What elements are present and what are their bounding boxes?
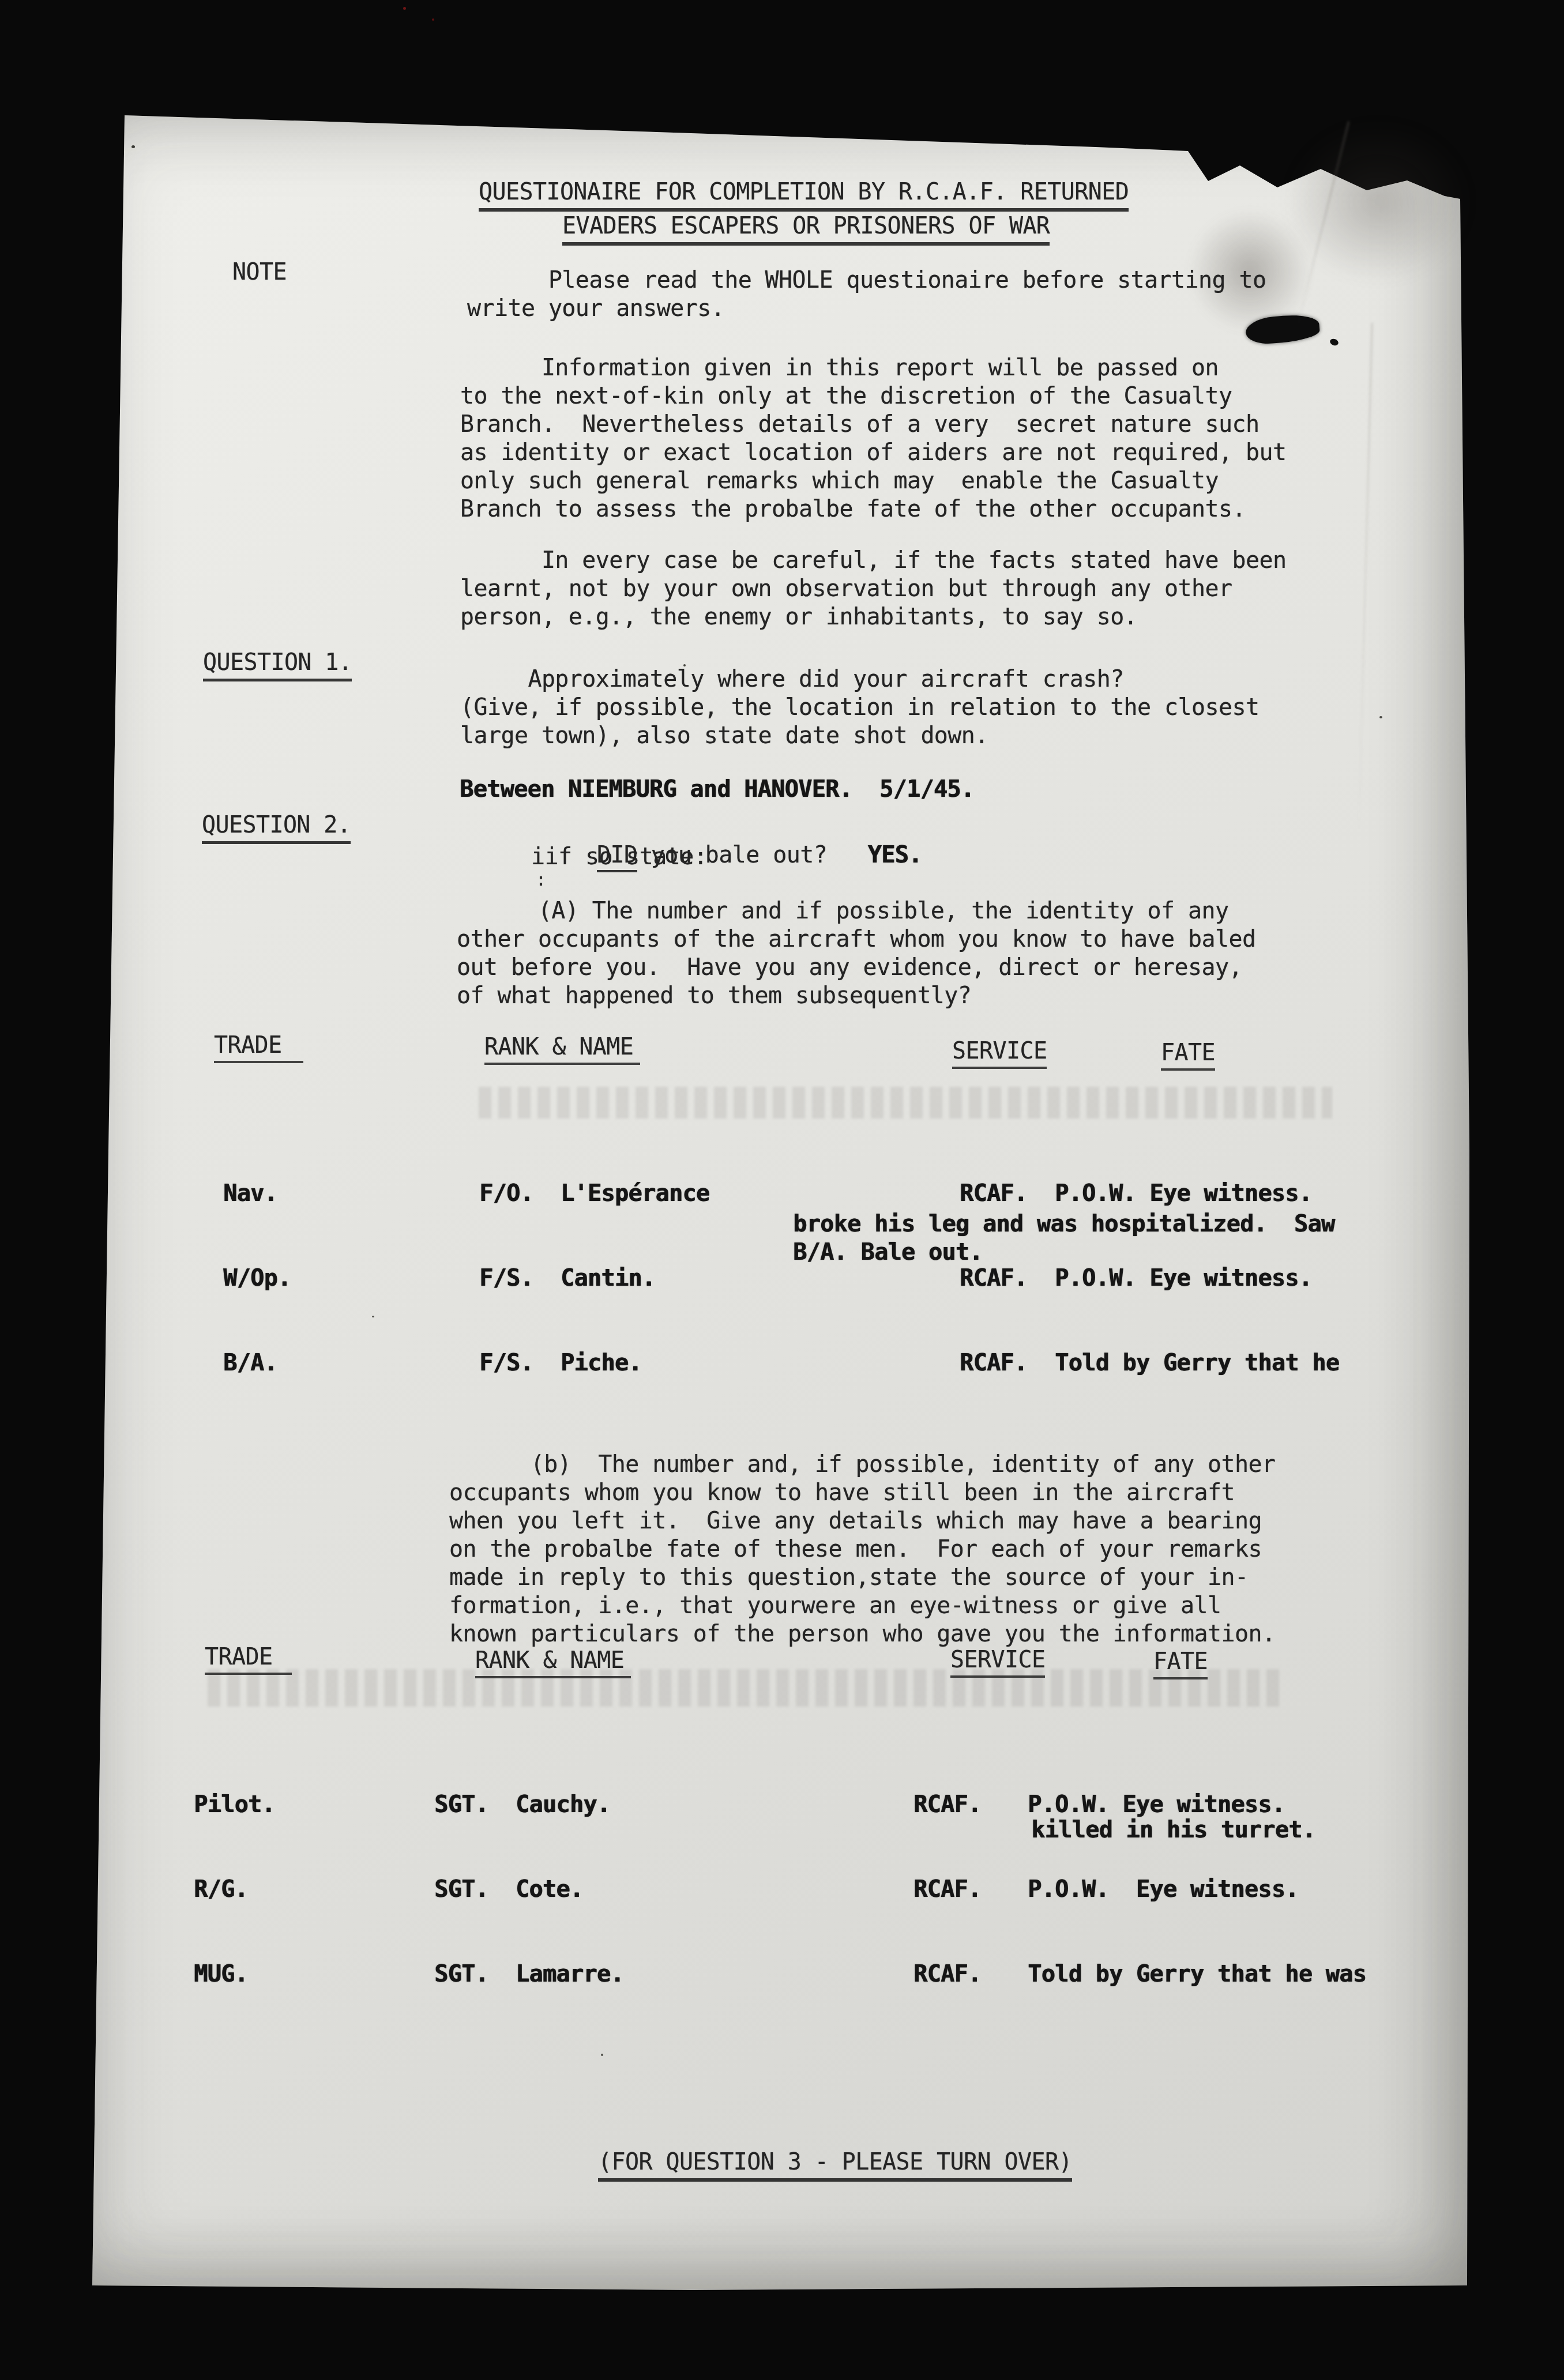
table-b-header-rank-name: RANK & NAME: [475, 1647, 631, 1678]
table-a-header-service: SERVICE: [952, 1037, 1047, 1069]
table-row: RCAF.: [960, 1180, 1027, 1208]
table-row: RCAF.: [960, 1349, 1027, 1377]
table-row: Told by Gerry that he was: [1028, 1960, 1366, 1989]
paper-speck: [131, 145, 135, 148]
paper-speck: [1379, 716, 1382, 718]
question-2-if-so: iif so state:: [531, 843, 707, 871]
table-b-column-rank-name: SGT. Cauchy. SGT. Cote. SGT. Lamarre.: [434, 1734, 624, 2045]
table-a-column-service: RCAF. RCAF. RCAF.: [960, 1123, 1027, 1434]
table-row: P.O.W. Eye witness.: [1055, 1264, 1339, 1293]
table-row: Told by Gerry that he: [1055, 1349, 1339, 1377]
note-label: NOTE: [232, 258, 287, 287]
stray-typed-mark: :: [536, 866, 546, 894]
table-row: RCAF.: [913, 1876, 981, 1904]
document-title-line-1: QUESTIONAIRE FOR COMPLETION BY R.C.A.F. …: [479, 178, 1129, 212]
table-a-fate-overflow: broke his leg and was hospitalized. Saw …: [793, 1210, 1334, 1267]
table-row: SGT. Cauchy.: [434, 1791, 624, 1819]
table-row: W/Op.: [223, 1264, 291, 1293]
table-a-column-fate: P.O.W. Eye witness. P.O.W. Eye witness. …: [1055, 1123, 1339, 1434]
table-a-column-rank-name: F/O. L'Espérance F/S. Cantin. F/S. Piche…: [479, 1123, 709, 1434]
table-a-column-trade: Nav. W/Op. B/A.: [223, 1123, 291, 1434]
table-row: F/O. L'Espérance: [479, 1180, 709, 1208]
table-b-fate-overflow: killed in his turret.: [1031, 1816, 1315, 1844]
table-row: P.O.W. Eye witness.: [1028, 1876, 1366, 1904]
bleedthrough-smear-1: [479, 1087, 1332, 1119]
question-1-label: QUESTION 1.: [203, 649, 352, 681]
paper-speck: [601, 2054, 603, 2056]
table-b-column-service: RCAF. RCAF. RCAF.: [913, 1734, 981, 2045]
question-1-text: Approximately where did your aircraft cr…: [460, 665, 1259, 750]
table-a-header-rank-name: RANK & NAME: [484, 1033, 640, 1065]
table-row: P.O.W. Eye witness.: [1028, 1791, 1366, 1819]
table-row: Pilot.: [194, 1791, 275, 1819]
question-1-answer: Between NIEMBURG and HANOVER. 5/1/45.: [460, 775, 974, 804]
table-row: RCAF.: [960, 1264, 1027, 1293]
document-title-line-2: EVADERS ESCAPERS OR PRISONERS OF WAR: [562, 212, 1050, 246]
table-row: RCAF.: [913, 1791, 981, 1819]
table-row: B/A.: [223, 1349, 291, 1377]
note-paragraph-1: Please read the WHOLE questionaire befor…: [467, 266, 1266, 323]
table-row: RCAF.: [913, 1960, 981, 1989]
scanned-document-scene: QUESTIONAIRE FOR COMPLETION BY R.C.A.F. …: [0, 0, 1564, 2380]
bleedthrough-smear-2: [208, 1669, 1280, 1707]
table-a-header-fate: FATE: [1161, 1039, 1215, 1071]
footer-turn-over-note: (FOR QUESTION 3 - PLEASE TURN OVER): [598, 2148, 1072, 2182]
table-row: F/S. Cantin.: [479, 1264, 709, 1293]
table-row: R/G.: [194, 1876, 275, 1904]
table-row: MUG.: [194, 1960, 275, 1989]
note-paragraph-3: In every case be careful, if the facts s…: [460, 547, 1286, 631]
table-b-header-trade: TRADE: [205, 1643, 292, 1675]
table-row: P.O.W. Eye witness.: [1055, 1180, 1339, 1208]
scanner-speck-red: [432, 18, 434, 21]
question-2-label: QUESTION 2.: [202, 811, 351, 844]
note-paragraph-2: Information given in this report will be…: [460, 354, 1286, 524]
paper-speck: [372, 1316, 374, 1317]
table-b-header-fate: FATE: [1153, 1648, 1208, 1679]
question-2-part-a: (A) The number and if possible, the iden…: [457, 897, 1255, 1010]
question-2-part-b: (b) The number and, if possible, identit…: [449, 1451, 1275, 1648]
table-a-header-trade: TRADE: [214, 1031, 303, 1063]
table-b-column-trade: Pilot. R/G. MUG.: [194, 1734, 275, 2045]
table-row: Nav.: [223, 1180, 291, 1208]
table-row: SGT. Cote.: [434, 1876, 624, 1904]
table-b-column-fate: P.O.W. Eye witness. P.O.W. Eye witness. …: [1028, 1734, 1366, 2045]
scanner-speck-red: [403, 7, 406, 10]
table-row: SGT. Lamarre.: [434, 1960, 624, 1989]
table-row: F/S. Piche.: [479, 1349, 709, 1377]
table-b-header-service: SERVICE: [950, 1646, 1045, 1678]
question-2-answer: YES.: [868, 842, 922, 868]
